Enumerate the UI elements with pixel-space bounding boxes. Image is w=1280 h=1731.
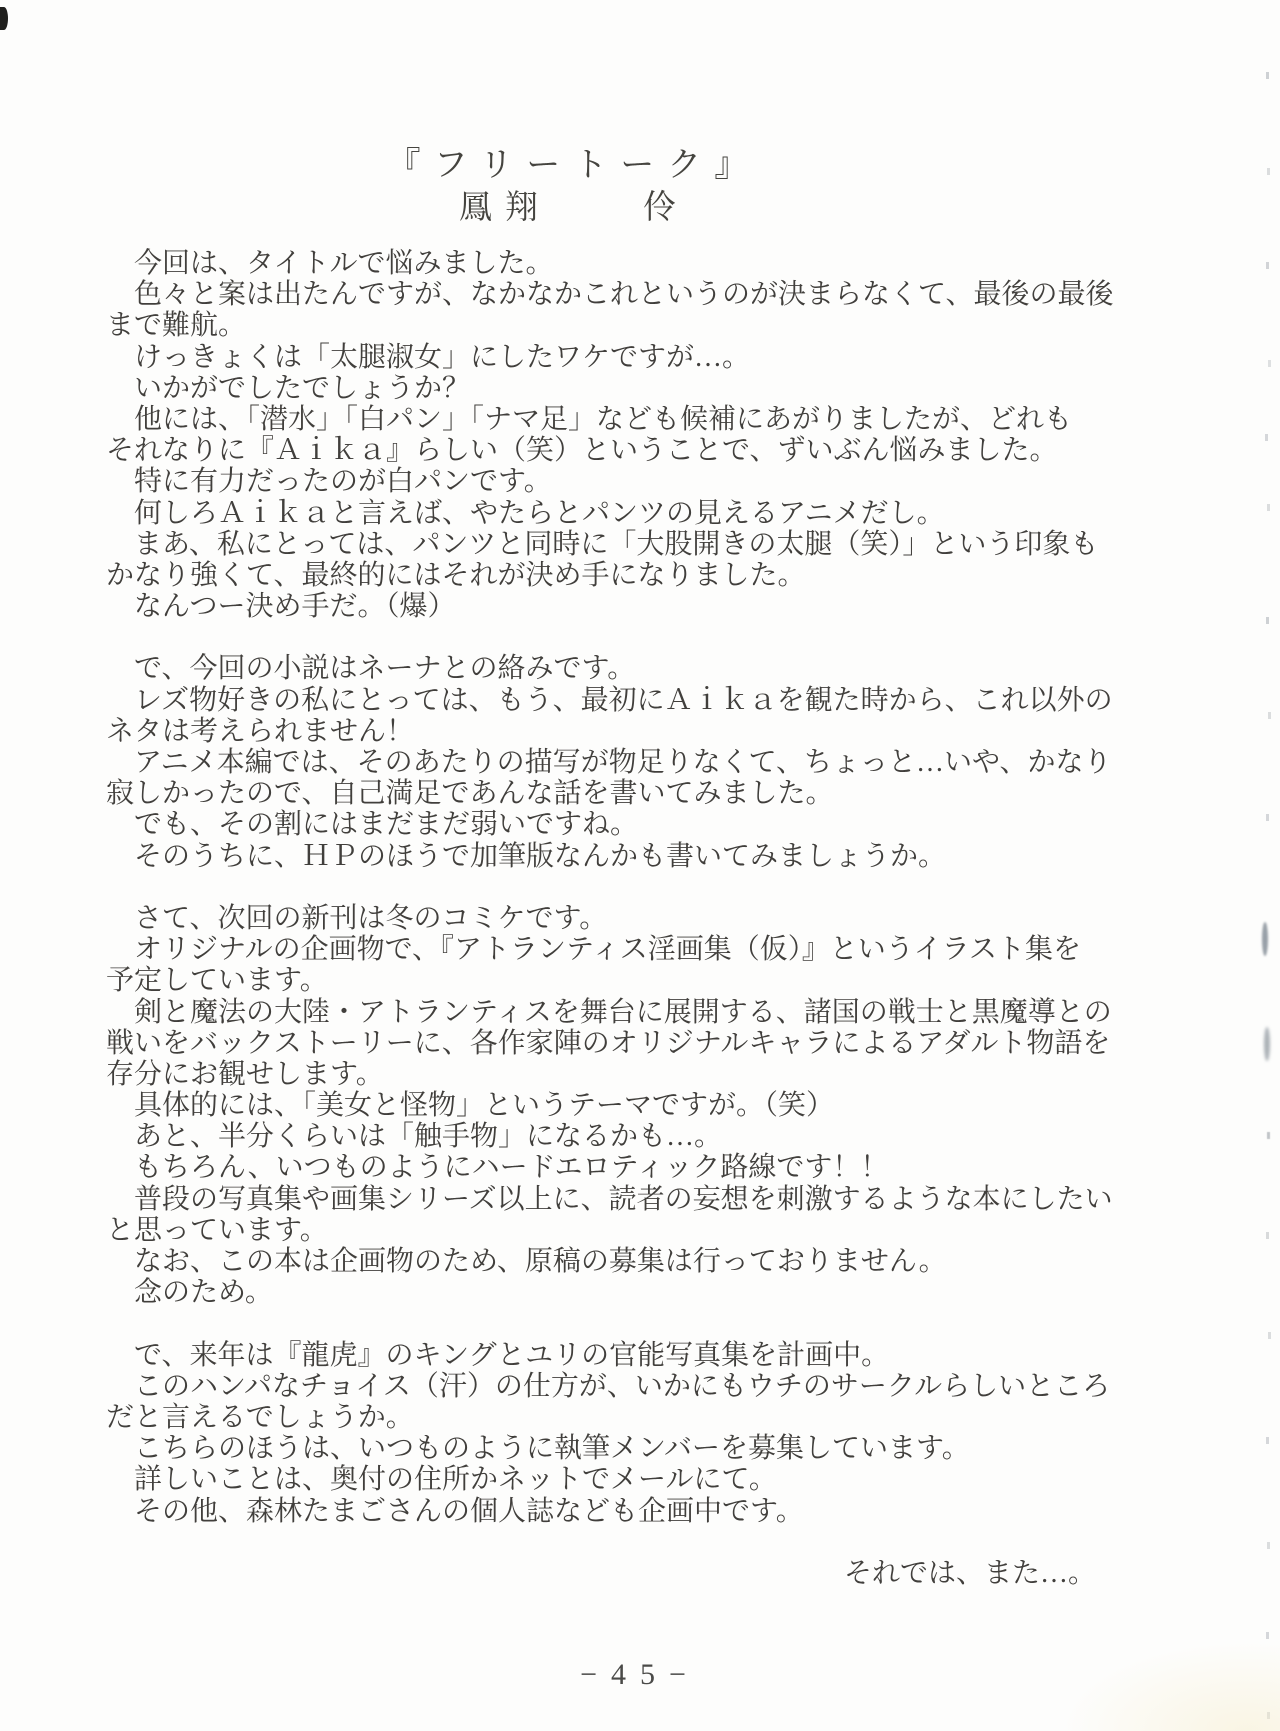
text-line: だと言えるでしょうか。 bbox=[106, 1402, 1166, 1433]
text-line: と思っています。 bbox=[106, 1215, 1166, 1246]
text-line: 色々と案は出たんですが、なかなかこれというのが決まらなくて、最後の最後 bbox=[106, 279, 1166, 310]
text-line: 戦いをバックストーリーに、各作家陣のオリジナルキャラによるアダルト物語を bbox=[106, 1028, 1166, 1059]
text-line: さて、次回の新刊は冬のコミケです。 bbox=[106, 903, 1166, 934]
author-name: 鳳翔 伶 bbox=[0, 188, 1214, 228]
text-line: なお、この本は企画物のため、原稿の募集は行っておりません。 bbox=[106, 1246, 1166, 1277]
text-line: そのうちに、ＨＰのほうで加筆版なんかも書いてみましょうか。 bbox=[106, 841, 1166, 872]
text-line: まで難航。 bbox=[106, 310, 1166, 341]
text-line: でも、その割にはまだまだ弱いですね。 bbox=[106, 809, 1166, 840]
text-line: かなり強くて、最終的にはそれが決め手になりました。 bbox=[106, 560, 1166, 591]
text-line: まあ、私にとっては、パンツと同時に「大股開きの太腿（笑）」という印象も bbox=[106, 529, 1166, 560]
text-line: けっきょくは「太腿淑女」にしたワケですが…。 bbox=[106, 342, 1166, 373]
scan-edge-blob-artifact bbox=[1262, 922, 1268, 956]
text-line: 剣と魔法の大陸・アトランティスを舞台に展開する、諸国の戦士と黒魔導との bbox=[106, 997, 1166, 1028]
text-line: で、今回の小説はネーナとの絡みです。 bbox=[106, 653, 1166, 684]
text-line: いかがでしたでしょうか？ bbox=[106, 373, 1166, 404]
text-line: 念のため。 bbox=[106, 1277, 1166, 1308]
paragraph: 今回は、タイトルで悩みました。 色々と案は出たんですが、なかなかこれというのが決… bbox=[106, 248, 1166, 622]
scan-edge-speck-artifacts bbox=[1266, 72, 1269, 79]
body-text: 今回は、タイトルで悩みました。 色々と案は出たんですが、なかなかこれというのが決… bbox=[106, 248, 1166, 1589]
paragraph: さて、次回の新刊は冬のコミケです。 オリジナルの企画物で、『アトランティス淫画集… bbox=[106, 903, 1166, 1308]
text-line: レズ物好きの私にとっては、もう、最初にＡｉｋａを観た時から、これ以外の bbox=[106, 685, 1166, 716]
paragraphs-container: 今回は、タイトルで悩みました。 色々と案は出たんですが、なかなかこれというのが決… bbox=[106, 248, 1166, 1527]
scanned-document-page: 『フリートーク』 鳳翔 伶 今回は、タイトルで悩みました。 色々と案は出たんです… bbox=[0, 0, 1280, 1731]
text-line: あと、半分くらいは「触手物」になるかも…。 bbox=[106, 1121, 1166, 1152]
text-line: 何しろＡｉｋａと言えば、やたらとパンツの見えるアニメだし。 bbox=[106, 498, 1166, 529]
closing-line: それでは、また…。 bbox=[106, 1558, 1166, 1589]
text-line: その他、森林たまごさんの個人誌なども企画中です。 bbox=[106, 1496, 1166, 1527]
text-line: オリジナルの企画物で、『アトランティス淫画集（仮）』というイラスト集を bbox=[106, 934, 1166, 965]
document-header: 『フリートーク』 鳳翔 伶 bbox=[0, 146, 1214, 228]
scan-corner-artifact bbox=[0, 7, 8, 30]
text-line: 特に有力だったのが白パンです。 bbox=[106, 466, 1166, 497]
page-title: 『フリートーク』 bbox=[0, 146, 1214, 186]
text-line: それなりに『Ａｉｋａ』らしい（笑）ということで、ずいぶん悩みました。 bbox=[106, 435, 1166, 466]
text-line: このハンパなチョイス（汗）の仕方が、いかにもウチのサークルらしいところ bbox=[106, 1371, 1166, 1402]
text-line: 寂しかったので、自己満足であんな話を書いてみました。 bbox=[106, 778, 1166, 809]
page-number: −45− bbox=[0, 1658, 1280, 1692]
text-line: なんつー決め手だ。（爆） bbox=[106, 591, 1166, 622]
paragraph: で、今回の小説はネーナとの絡みです。 レズ物好きの私にとっては、もう、最初にＡｉ… bbox=[106, 653, 1166, 871]
text-line: 今回は、タイトルで悩みました。 bbox=[106, 248, 1166, 279]
text-line: こちらのほうは、いつものように執筆メンバーを募集しています。 bbox=[106, 1433, 1166, 1464]
text-line: もちろん、いつものようにハードエロティック路線です！！ bbox=[106, 1152, 1166, 1183]
text-line: 予定しています。 bbox=[106, 965, 1166, 996]
text-line: ネタは考えられません！ bbox=[106, 716, 1166, 747]
text-line: 普段の写真集や画集シリーズ以上に、読者の妄想を刺激するような本にしたい bbox=[106, 1184, 1166, 1215]
text-line: 詳しいことは、奥付の住所かネットでメールにて。 bbox=[106, 1464, 1166, 1495]
paragraph: で、来年は『龍虎』のキングとユリの官能写真集を計画中。 このハンパなチョイス（汗… bbox=[106, 1340, 1166, 1527]
text-line: 他には、「潜水」「白パン」「ナマ足」なども候補にあがりましたが、どれも bbox=[106, 404, 1166, 435]
text-line: アニメ本編では、そのあたりの描写が物足りなくて、ちょっと…いや、かなり bbox=[106, 747, 1166, 778]
text-line: で、来年は『龍虎』のキングとユリの官能写真集を計画中。 bbox=[106, 1340, 1166, 1371]
text-line: 存分にお観せします。 bbox=[106, 1059, 1166, 1090]
text-line: 具体的には、「美女と怪物」というテーマですが。（笑） bbox=[106, 1090, 1166, 1121]
